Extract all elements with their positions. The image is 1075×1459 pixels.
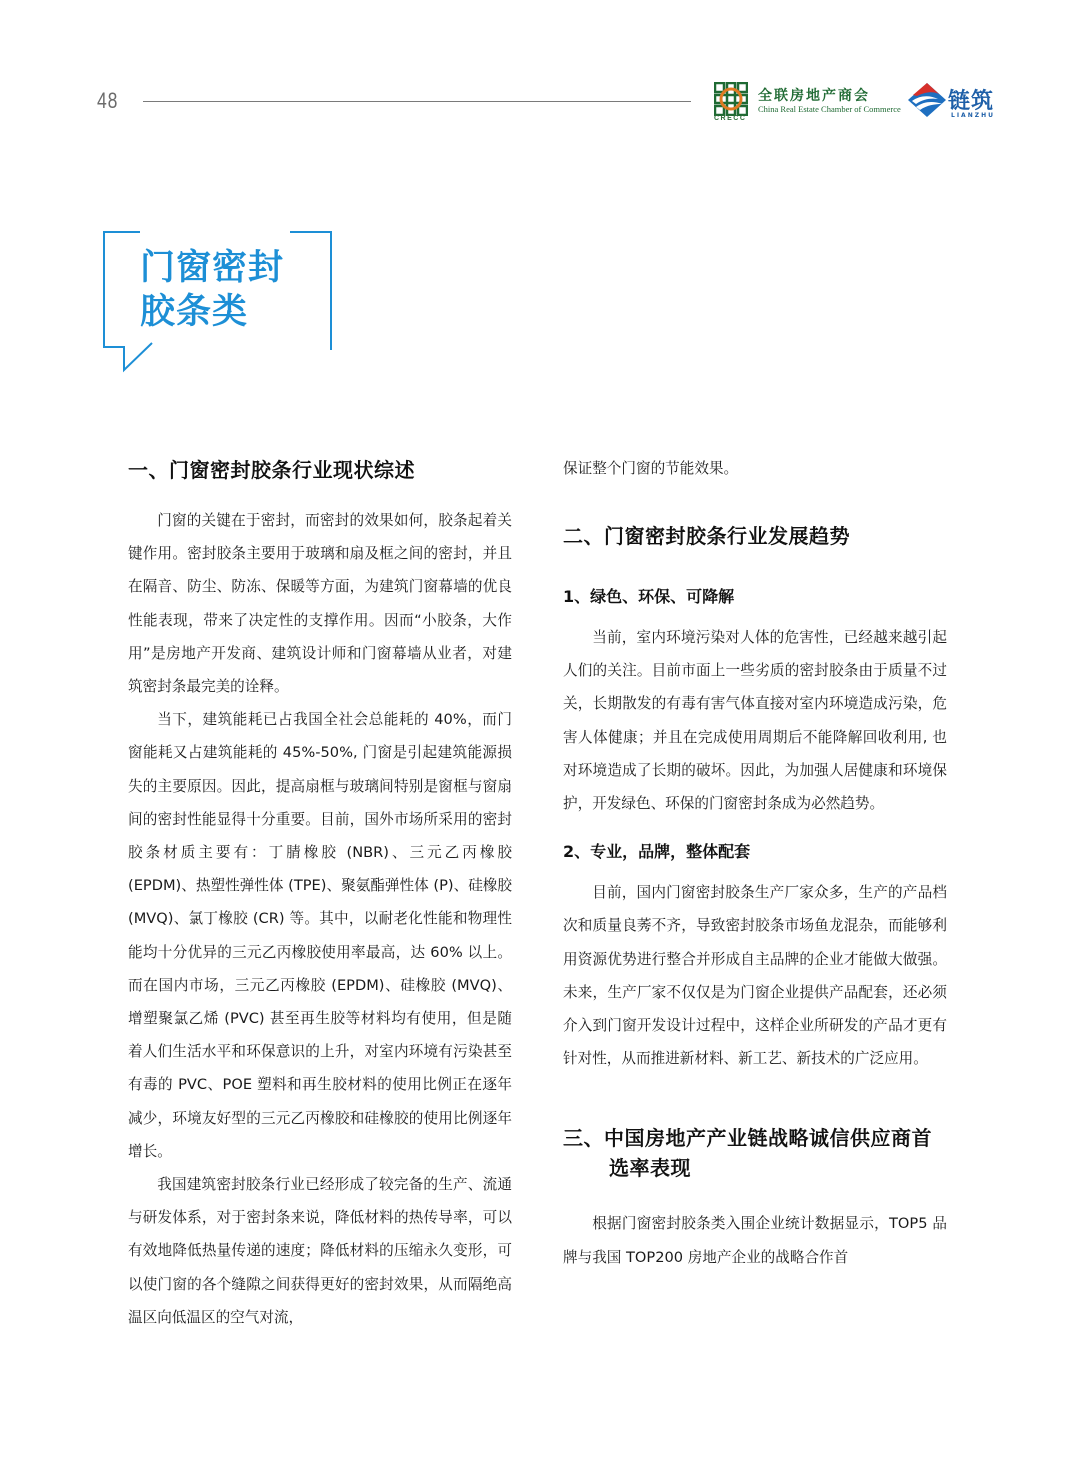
crecc-name-cn: 全联房地产商会 [758,85,870,105]
crecc-logo: CRECC 全联房地产商会 China Real Estate Chamber … [714,82,904,126]
paragraph: 根据门窗密封胶条类入围企业统计数据显示，TOP5 品牌与我国 TOP200 房地… [563,1207,947,1273]
lianzhu-name-cn: 链筑 [948,84,994,115]
paragraph: 门窗的关键在于密封，而密封的效果如何，胶条起着关键作用。密封胶条主要用于玻璃和扇… [128,504,512,703]
crecc-name-en: China Real Estate Chamber of Commerce [758,104,901,114]
category-title: 门窗密封 胶条类 [140,246,310,334]
subsection2-heading: 2、专业，品牌，整体配套 [563,840,947,864]
lianzhu-logo: 链筑 LIANZHU [907,82,1007,122]
section2-heading: 二、门窗密封胶条行业发展趋势 [563,521,947,551]
category-title-line1: 门窗密封 [140,246,310,290]
category-title-line2: 胶条类 [140,290,310,334]
paragraph: 我国建筑密封胶条行业已经形成了较完备的生产、流通与研发体系，对于密封条来说，降低… [128,1168,512,1334]
lianzhu-name-en: LIANZHU [951,112,995,119]
paragraph-continuation: 保证整个门窗的节能效果。 [563,455,947,483]
lianzhu-wave-icon [907,82,947,118]
header-divider [143,101,691,102]
paragraph: 当下，建筑能耗已占我国全社会总能耗的 40%，而门窗能耗又占建筑能耗的 45%-… [128,703,512,1168]
page-header: 48 CRECC 全联房地产商会 China Real Estate Chamb… [0,0,1075,140]
page-number: 48 [97,88,118,114]
left-column: 一、门窗密封胶条行业现状综述 门窗的关键在于密封，而密封的效果如何，胶条起着关键… [128,455,512,1334]
paragraph: 当前，室内环境污染对人体的危害性，已经越来越引起人们的关注。目前市面上一些劣质的… [563,621,947,820]
paragraph: 目前，国内门窗密封胶条生产厂家众多，生产的产品档次和质量良莠不齐，导致密封胶条市… [563,876,947,1075]
subsection1-heading: 1、绿色、环保、可降解 [563,585,947,609]
section3-heading: 三、中国房地产产业链战略诚信供应商首选率表现 [563,1123,947,1183]
right-column: 保证整个门窗的节能效果。 二、门窗密封胶条行业发展趋势 1、绿色、环保、可降解 … [563,455,947,1274]
section1-heading: 一、门窗密封胶条行业现状综述 [128,455,512,485]
crecc-emblem-icon [714,82,748,116]
crecc-abbr: CRECC [714,115,746,122]
